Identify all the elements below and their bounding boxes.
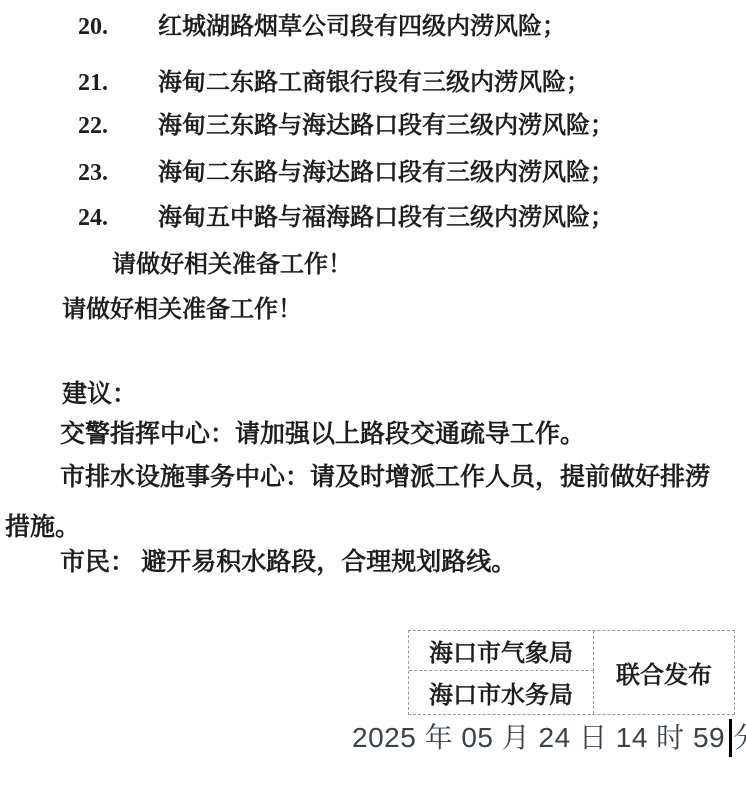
list-item-20[interactable]: 20.红城湖路烟草公司段有四级内涝风险； [78, 12, 566, 42]
list-item-22[interactable]: 22.海甸三东路与海达路口段有三级内涝风险； [78, 111, 614, 141]
preparation-note-indented[interactable]: 请做好相关准备工作！ [112, 250, 352, 280]
suggestions-heading[interactable]: 建议： [62, 380, 137, 410]
issue-datetime[interactable]: 2025 年 05 月 24 日 14 时 59 分 [352, 719, 746, 757]
list-item-24[interactable]: 24.海甸五中路与福海路口段有三级内涝风险； [78, 203, 614, 233]
list-number: 21. [78, 68, 158, 98]
suggestion-drainage-line2[interactable]: 措施。 [5, 513, 80, 543]
issuer-signature-table: 海口市气象局 联合发布 海口市水务局 [408, 630, 735, 715]
list-number: 23. [78, 158, 158, 188]
list-text: 红城湖路烟草公司段有四级内涝风险； [158, 14, 566, 40]
list-item-21[interactable]: 21.海甸二东路工商银行段有三级内涝风险； [78, 68, 590, 98]
suggestion-citizens[interactable]: 市民： 避开易积水路段，合理规划路线。 [60, 548, 516, 578]
list-number: 20. [78, 12, 158, 42]
joint-release-label: 联合发布 [594, 631, 734, 714]
list-number: 22. [78, 111, 158, 141]
list-text: 海甸三东路与海达路口段有三级内涝风险； [158, 113, 614, 139]
suggestion-drainage-line1[interactable]: 市排水设施事务中心：请及时增派工作人员，提前做好排涝 [60, 463, 710, 493]
text-cursor [729, 719, 732, 757]
list-text: 海甸二东路与海达路口段有三级内涝风险； [158, 160, 614, 186]
list-item-23[interactable]: 23.海甸二东路与海达路口段有三级内涝风险； [78, 158, 614, 188]
document-page[interactable]: 20.红城湖路烟草公司段有四级内涝风险； 21.海甸二东路工商银行段有三级内涝风… [0, 0, 746, 785]
issuer-water-bureau: 海口市水务局 [409, 671, 594, 714]
suggestion-traffic-police[interactable]: 交警指挥中心：请加强以上路段交通疏导工作。 [60, 420, 585, 450]
preparation-note[interactable]: 请做好相关准备工作！ [62, 295, 302, 325]
list-text: 海甸二东路工商银行段有三级内涝风险； [158, 70, 590, 96]
list-number: 24. [78, 203, 158, 233]
list-text: 海甸五中路与福海路口段有三级内涝风险； [158, 205, 614, 231]
issuer-weather-bureau: 海口市气象局 [409, 631, 594, 671]
